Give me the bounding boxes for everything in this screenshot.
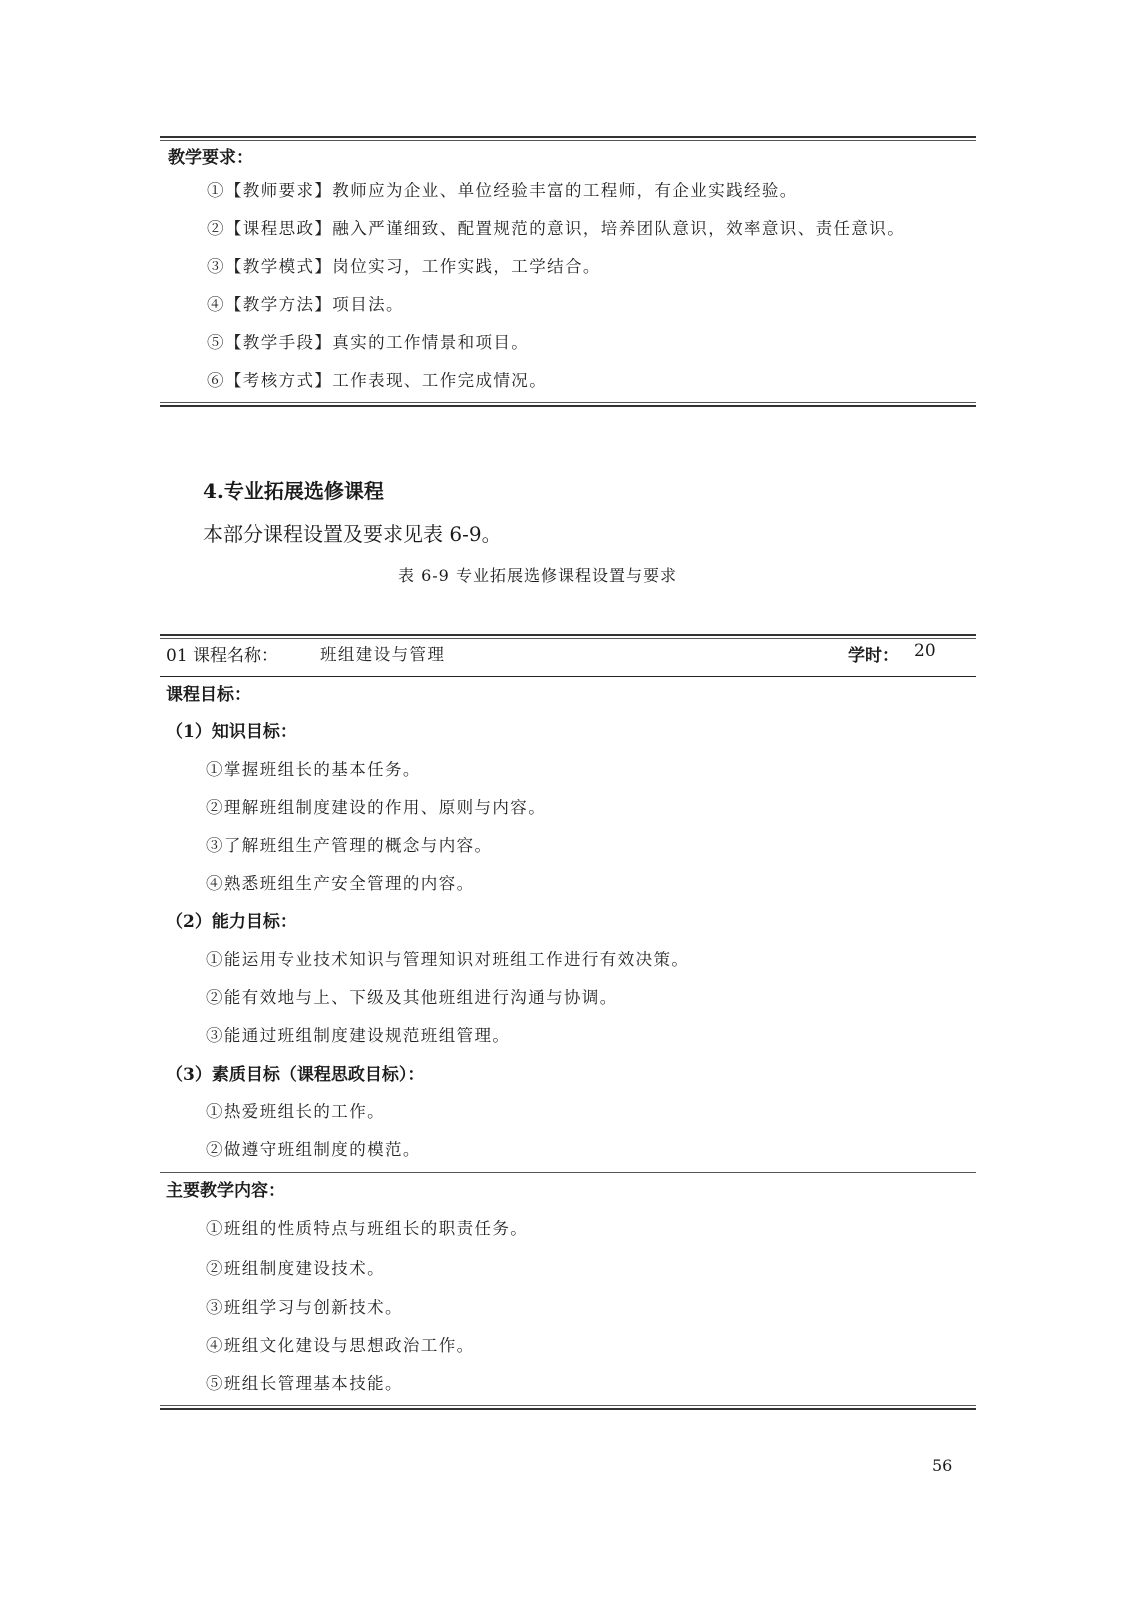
- content-item: ③班组学习与创新技术。: [206, 1294, 403, 1318]
- knowledge-item: ②理解班组制度建设的作用、原则与内容。: [206, 794, 546, 818]
- ability-item: ③能通过班组制度建设规范班组管理。: [206, 1022, 510, 1046]
- course-name-label: 01 课程名称：: [166, 641, 278, 666]
- knowledge-objectives-label: （1）知识目标：: [166, 717, 297, 742]
- knowledge-item: ①掌握班组长的基本任务。: [206, 756, 421, 780]
- course-name-value: 班组建设与管理: [320, 641, 445, 665]
- quality-objectives-label: （3）素质目标（课程思政目标）：: [166, 1060, 424, 1085]
- table-bottom-rule-inner: [160, 402, 976, 403]
- content-item: ④班组文化建设与思想政治工作。: [206, 1332, 475, 1356]
- objectives-label: 课程目标：: [166, 680, 251, 705]
- course-table-top-rule: [160, 634, 976, 636]
- content-item: ②班组制度建设技术。: [206, 1255, 385, 1279]
- requirements-label: 教学要求：: [168, 143, 253, 168]
- content-item: ①班组的性质特点与班组长的职责任务。: [206, 1215, 528, 1239]
- course-table-top-rule-inner: [160, 638, 976, 639]
- quality-item: ②做遵守班组制度的模范。: [206, 1136, 421, 1160]
- requirement-item: ②【课程思政】融入严谨细致、配置规范的意识，培养团队意识，效率意识、责任意识。: [207, 215, 905, 239]
- table-caption: 表 6-9 专业拓展选修课程设置与要求: [398, 563, 677, 586]
- content-divider: [160, 1172, 976, 1173]
- course-hours-value: 20: [914, 641, 936, 661]
- table-top-rule-inner: [160, 140, 976, 141]
- requirement-item: ⑥【考核方式】工作表现、工作完成情况。: [207, 367, 547, 391]
- course-table-bottom-rule-inner: [160, 1405, 976, 1406]
- ability-objectives-label: （2）能力目标：: [166, 907, 297, 932]
- requirement-item: ⑤【教学手段】真实的工作情景和项目。: [207, 329, 529, 353]
- knowledge-item: ④熟悉班组生产安全管理的内容。: [206, 870, 475, 894]
- section-intro: 本部分课程设置及要求见表 6-9。: [203, 518, 502, 547]
- ability-item: ①能运用专业技术知识与管理知识对班组工作进行有效决策。: [206, 946, 689, 970]
- requirement-item: ①【教师要求】教师应为企业、单位经验丰富的工程师，有企业实践经验。: [207, 177, 798, 201]
- requirement-item: ④【教学方法】项目法。: [207, 291, 404, 315]
- ability-item: ②能有效地与上、下级及其他班组进行沟通与协调。: [206, 984, 618, 1008]
- content-item: ⑤班组长管理基本技能。: [206, 1370, 403, 1394]
- course-header-divider: [160, 676, 976, 677]
- knowledge-item: ③了解班组生产管理的概念与内容。: [206, 832, 492, 856]
- table-bottom-rule: [160, 405, 976, 407]
- quality-item: ①热爱班组长的工作。: [206, 1098, 385, 1122]
- content-label: 主要教学内容：: [166, 1176, 285, 1201]
- course-hours-label: 学时：: [848, 641, 899, 666]
- requirement-item: ③【教学模式】岗位实习，工作实践，工学结合。: [207, 253, 601, 277]
- table-top-rule: [160, 136, 976, 138]
- section-heading: 4.专业拓展选修课程: [203, 475, 384, 504]
- course-table-bottom-rule: [160, 1408, 976, 1410]
- page-number: 56: [932, 1456, 952, 1475]
